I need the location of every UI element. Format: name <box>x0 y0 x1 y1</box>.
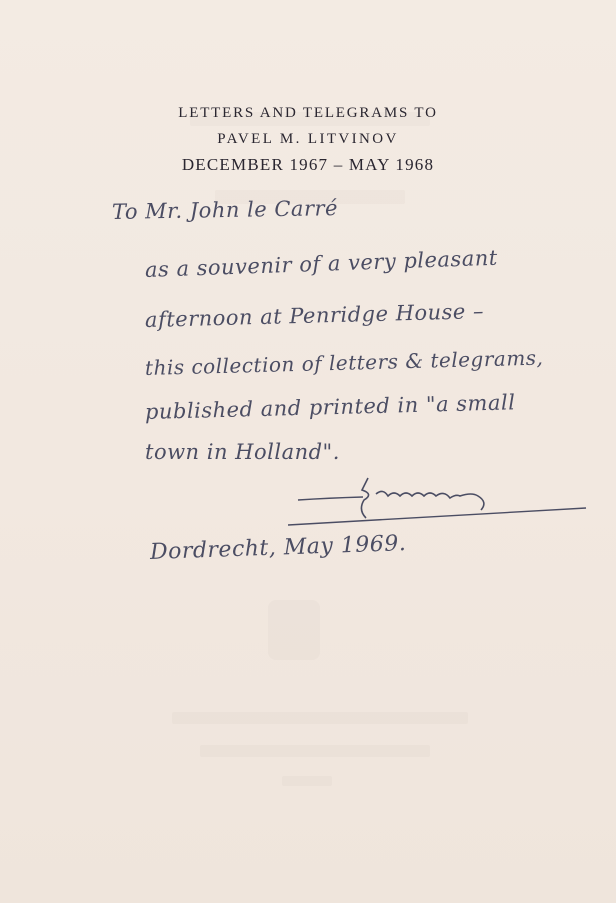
place-date: Dordrecht, May 1969. <box>150 531 407 565</box>
printed-title-block: Letters and Telegrams to Pavel M. Litvin… <box>0 100 616 178</box>
title-line-1: Letters and Telegrams to <box>0 100 616 126</box>
inscription-line-3: afternoon at Penridge House – <box>145 299 485 332</box>
inscription-line-2: as a souvenir of a very pleasant <box>145 246 499 282</box>
show-through-year <box>282 776 332 786</box>
show-through-emblem <box>268 600 320 660</box>
inscription-line-6: town in Holland". <box>145 440 340 464</box>
signature-flourish <box>288 470 588 530</box>
inscription-line-1: To Mr. John le Carré <box>112 196 338 224</box>
title-line-2: Pavel M. Litvinov <box>0 126 616 152</box>
show-through-publisher <box>172 712 468 724</box>
book-page: Letters and Telegrams to Pavel M. Litvin… <box>0 0 616 903</box>
inscription-line-4: this collection of letters & telegrams, <box>145 346 544 380</box>
inscription-line-5: published and printed in "a small <box>145 390 516 424</box>
title-line-3: December 1967 – May 1968 <box>0 152 616 178</box>
show-through-publisher-2 <box>200 745 430 757</box>
